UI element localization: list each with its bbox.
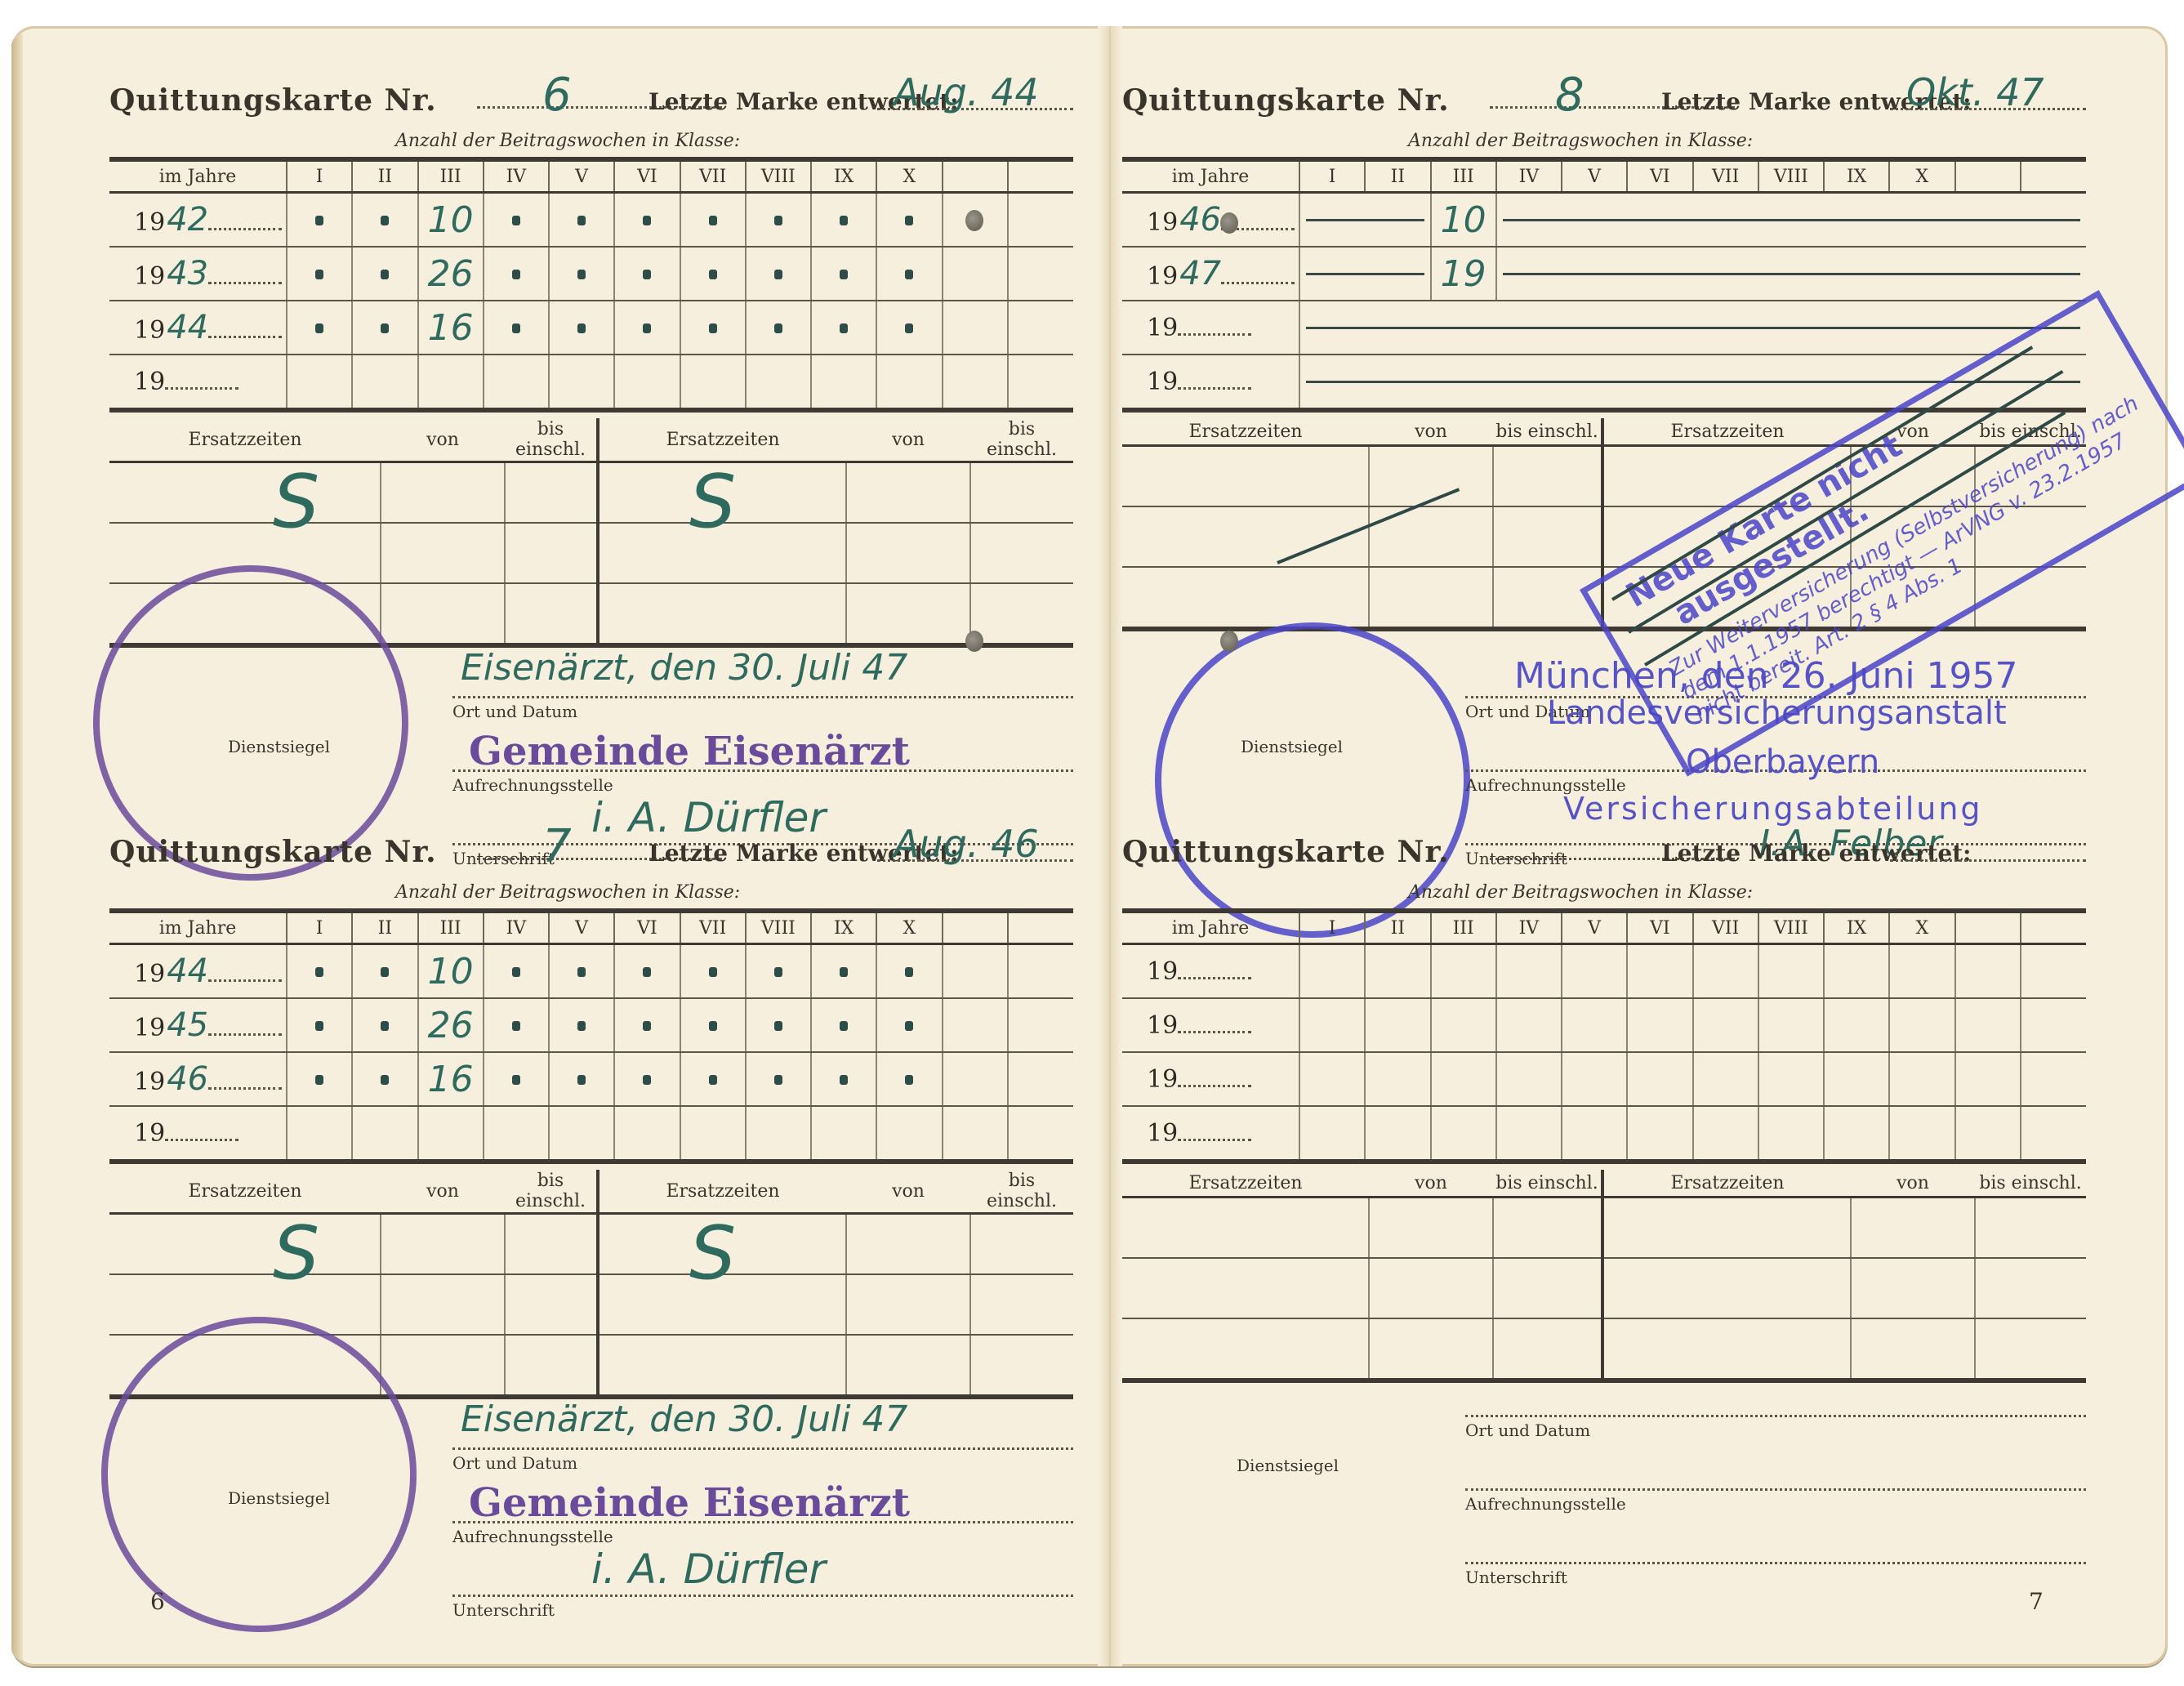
booklet-spread: Quittungskarte Nr. 6 Letzte Marke entwer… [11,26,2168,1666]
year-cell: 19 [1122,998,1299,1052]
table-row: 19 [1122,1052,2086,1106]
table-row: 1946 16 [109,1052,1073,1106]
seal-label: Dienstsiegel [228,737,330,756]
week-cell [1008,193,1073,248]
week-cell [614,193,680,248]
week-cell [746,301,811,355]
office-field[interactable]: Aufrechnungsstelle [1465,1439,2086,1514]
col-header: IX [811,159,876,193]
week-cell: 16 [418,301,484,355]
year-cell: 1942 [109,193,287,248]
week-cell [876,301,942,355]
page-left: Quittungskarte Nr. 6 Letzte Marke entwer… [11,26,1098,1666]
week-cell [614,301,680,355]
col-header: VII [680,159,746,193]
seal-label: Dienstsiegel [1237,1456,1339,1475]
year-cell: 1945 [109,998,287,1052]
week-cell: 10 [418,193,484,248]
card-title: Quittungskarte Nr. [1122,835,1450,869]
week-cell [680,247,746,301]
card-title: Quittungskarte Nr. [109,83,437,118]
table-row: 1947 19 [1122,247,2086,301]
col-header-blank [1008,159,1073,193]
seal-label: Dienstsiegel [228,1488,330,1508]
last-stamp-value: Aug. 46 [894,822,1039,866]
ersatz-strike-mark: S [689,1211,736,1296]
col-header-blank [1008,911,1073,944]
signature-field[interactable]: Unterschrift [1465,1513,2086,1587]
punch-hole [965,210,983,231]
last-stamp-field-line[interactable] [1890,859,2086,862]
col-header: X [876,159,942,193]
substitute-periods-table: Ersatzzeiten von bis einschl. Ersatzzeit… [1122,1170,2086,1383]
year-cell: 19 [1122,301,1299,355]
contribution-weeks-table: im Jahre I II III IV V VI VII VIII IX X … [109,908,1073,1164]
week-cell [1008,301,1073,355]
table-row: 1943 26 [109,247,1073,301]
table-row: 1942 10 [109,193,1073,248]
year-cell: 1947 [1122,247,1299,301]
week-cell [1008,247,1073,301]
week-cell [484,247,549,301]
col-header: Ersatzzeiten [109,418,381,462]
col-header: VII [680,911,746,944]
punch-hole [965,631,983,652]
col-header: IV [484,911,549,944]
year-cell: 19 [1122,1106,1299,1162]
week-cell [811,247,876,301]
last-stamp-value: Okt. 47 [1906,70,2044,114]
table-row: 1944 16 [109,301,1073,355]
col-header: V [549,159,614,193]
col-header: IV [484,159,549,193]
week-cell [549,247,614,301]
week-cell [746,247,811,301]
card-title: Quittungskarte Nr. [1122,83,1450,118]
col-header: von [381,418,505,462]
col-header: im Jahre [109,159,287,193]
last-stamp-label: Letzte Marke entwertet: [1661,840,1971,867]
office-stamp: Gemeinde Eisenärzt [469,729,910,774]
col-header: VI [614,911,680,944]
week-cell [484,193,549,248]
week-cell [549,301,614,355]
table-row: 19 [109,355,1073,410]
card-title: Quittungskarte Nr. [109,835,437,869]
year-cell: 19 [109,1106,287,1162]
col-header: bis einschl. [505,418,598,462]
year-cell: 1946 [109,1052,287,1106]
place-date-value: Eisenärzt, den 30. Juli 47 [461,647,907,689]
card-number: 6 [542,69,572,122]
col-header: I [287,159,352,193]
signature-area: Dienstsiegel Ort und Datum Eisenärzt, de… [109,1398,1073,1578]
municipal-seal-stamp [101,1317,417,1632]
col-header: IX [811,911,876,944]
col-header: VIII [746,159,811,193]
week-cell [352,247,417,301]
col-header: I [287,911,352,944]
card-number: 7 [542,820,572,873]
col-header: II [352,159,417,193]
signature-value: i. A. Dürfler [591,1545,826,1593]
week-cell [876,247,942,301]
card-number: 8 [1555,69,1585,122]
table-row: 19 [1122,998,2086,1052]
year-cell: 19 [109,355,287,410]
week-cell [943,247,1008,301]
col-header: X [876,911,942,944]
week-cell [287,193,352,248]
week-cell: 26 [418,247,484,301]
year-cell: 1943 [109,247,287,301]
place-date-value: Eisenärzt, den 30. Juli 47 [461,1398,907,1440]
page-number: 7 [2029,1588,2044,1615]
card-nr-6: Quittungskarte Nr. 6 Letzte Marke entwer… [109,75,1073,827]
week-cell [352,193,417,248]
week-cell [484,301,549,355]
col-header: III [418,911,484,944]
col-header: V [549,911,614,944]
card-blank: Quittungskarte Nr. Letzte Marke entwerte… [1122,827,2086,1578]
ersatz-strike-mark: S [689,459,736,545]
week-cell [811,193,876,248]
year-cell: 1944 [109,301,287,355]
page-right: Quittungskarte Nr. 8 Letzte Marke entwer… [1122,26,2168,1666]
booklet-spine [1098,26,1122,1666]
table-header-row: im Jahre I II III IV V VI VII VIII IX X [109,911,1073,944]
week-cell [876,193,942,248]
contribution-weeks-table: im Jahre I II III IV V VI VII VIII IX X … [109,157,1073,413]
signature-area: Dienstsiegel Ort und Datum München, den … [1122,647,2086,827]
contribution-weeks-table: im Jahre I II III IV V VI VII VIII IX X … [1122,157,2086,413]
week-cell [352,301,417,355]
week-cell [680,301,746,355]
signature-area: Dienstsiegel Ort und Datum Eisenärzt, de… [109,647,1073,827]
punch-hole [1220,212,1238,234]
year-cell: 1946 [1122,193,1299,248]
table-header-row: im Jahre I II III IV V VI VII VIII IX X [1122,159,2086,193]
week-cell [614,247,680,301]
week-cell [287,301,352,355]
card-subtitle: Anzahl der Beitragswochen in Klasse: [395,882,740,903]
signature-area: Dienstsiegel Ort und Datum Aufrechnungss… [1122,1415,2086,1595]
table-row: 19 [109,1106,1073,1162]
ersatz-strike-mark: S [273,459,319,545]
table-row: 19 [1122,301,2086,355]
table-row: 1944 10 [109,944,1073,999]
col-header: VI [614,159,680,193]
col-header: von [846,418,970,462]
table-row: 19 [1122,1106,2086,1162]
year-cell: 19 [1122,1052,1299,1106]
year-cell: 1944 [109,944,287,999]
table-row: 1946 10 [1122,193,2086,248]
card-nr-7: Quittungskarte Nr. 7 Letzte Marke entwer… [109,827,1073,1578]
week-cell [811,301,876,355]
seal-label: Dienstsiegel [1241,737,1343,756]
col-header: VIII [746,911,811,944]
week-cell [943,301,1008,355]
page-number: 6 [150,1588,165,1615]
table-header-row: im Jahre I II III IV V VI VII VIII IX X [1122,911,2086,944]
place-date-field[interactable]: Ort und Datum [1465,1366,2086,1440]
week-cell [287,247,352,301]
week-cell [746,193,811,248]
table-row: 19 [1122,944,2086,999]
week-cell [680,193,746,248]
office-stamp: Gemeinde Eisenärzt [469,1480,910,1526]
table-header-row: im Jahre I II III IV V VI VII VIII IX X [109,159,1073,193]
card-subtitle: Anzahl der Beitragswochen in Klasse: [1408,882,1753,903]
col-header-blank [943,159,1008,193]
contribution-weeks-table: im Jahre I II III IV V VI VII VIII IX X … [1122,908,2086,1164]
year-cell: 19 [1122,944,1299,999]
col-header: III [418,159,484,193]
week-cell [549,193,614,248]
col-header: bis einschl. [970,418,1073,462]
col-header: im Jahre [109,911,287,944]
year-cell: 19 [1122,355,1299,410]
col-header: II [352,911,417,944]
ersatz-strike-mark: S [273,1211,319,1296]
last-stamp-value: Aug. 44 [894,70,1039,114]
table-row: 1945 26 [109,998,1073,1052]
punch-hole [1220,631,1238,652]
col-header-blank [943,911,1008,944]
col-header: Ersatzzeiten [598,418,846,462]
card-subtitle: Anzahl der Beitragswochen in Klasse: [395,131,740,151]
card-subtitle: Anzahl der Beitragswochen in Klasse: [1408,131,1753,151]
